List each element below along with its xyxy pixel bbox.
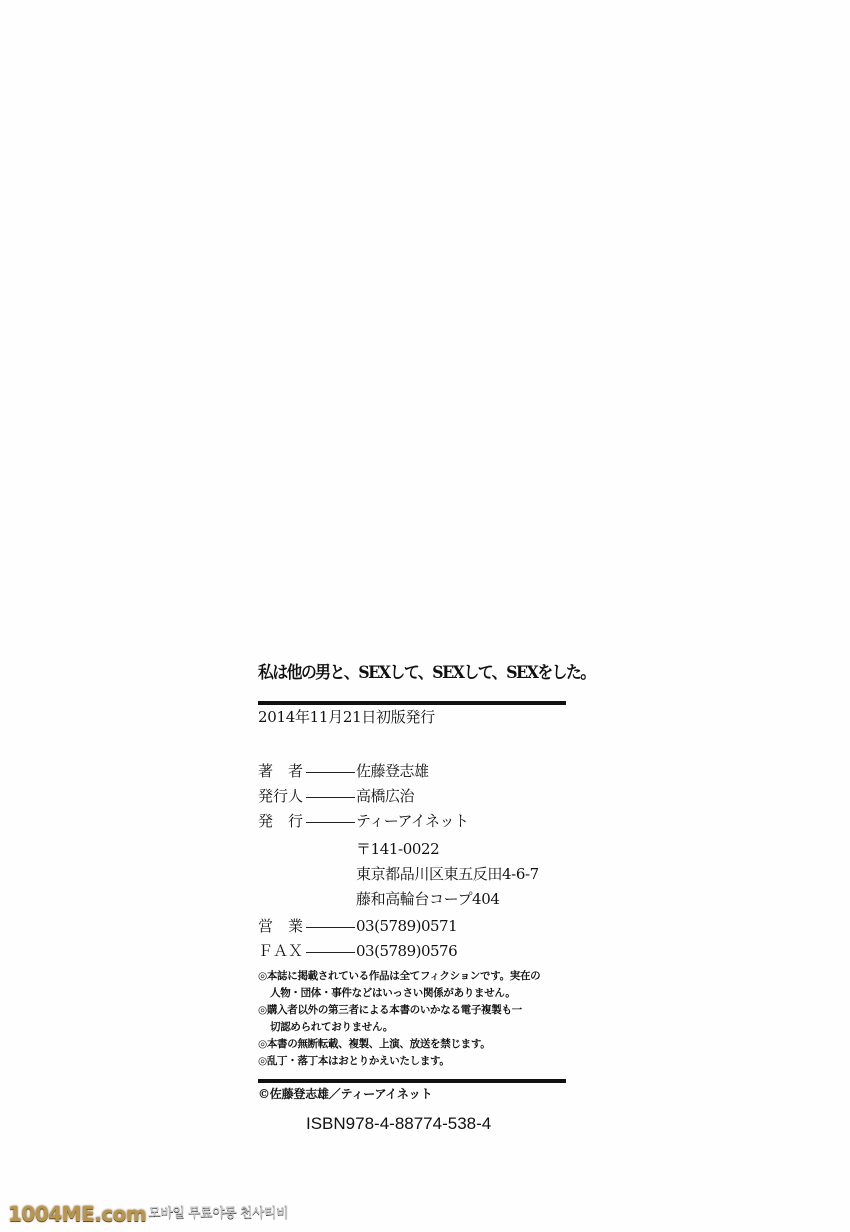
watermark-domain: 1004ME.com (8, 1200, 146, 1228)
dash-leader (306, 952, 355, 953)
site-watermark: 1004ME.com 모바일 무료야동 천사티비 (8, 1200, 288, 1228)
watermark-tagline: 모바일 무료야동 천사티비 (148, 1200, 288, 1228)
address-line-1: 東京都品川区東五反田4-6-7 (356, 863, 539, 885)
credit-row-publisher-person: 発行人 高橋広治 (258, 785, 414, 807)
postal-code: 〒141-0022 (356, 838, 439, 860)
isbn-number: ISBN978-4-88774-538-4 (306, 1112, 491, 1136)
legal-notes: ◎本誌に掲載されている作品は全てフィクションです。実在の 人物・団体・事件などは… (258, 968, 578, 1070)
dash-leader (306, 797, 355, 798)
colophon-page: 私は他の男と、SEXして、SEXして、SEXをした。 2014年11月21日初版… (0, 0, 850, 1232)
contact-label: ＦＡＸ (258, 940, 306, 962)
credit-row-publisher: 発 行 ティーアイネット (258, 810, 469, 832)
note-line: 人物・団体・事件などはいっさい関係がありません。 (258, 985, 578, 1002)
contact-value: 03(5789)0571 (356, 915, 457, 937)
contact-value: 03(5789)0576 (356, 940, 457, 962)
book-title: 私は他の男と、SEXして、SEXして、SEXをした。 (258, 662, 556, 684)
contact-row-fax: ＦＡＸ 03(5789)0576 (258, 940, 457, 962)
note-line: ◎乱丁・落丁本はおとりかえいたします。 (258, 1053, 578, 1070)
dash-leader (306, 927, 355, 928)
dash-leader (306, 822, 355, 823)
contact-label: 営 業 (258, 915, 306, 937)
dash-leader (306, 772, 355, 773)
credit-label: 発 行 (258, 810, 306, 832)
credit-value: 佐藤登志雄 (356, 760, 429, 782)
note-line: ◎本誌に掲載されている作品は全てフィクションです。実在の (258, 968, 578, 985)
address-line-2: 藤和高輪台コープ404 (356, 888, 499, 910)
publication-date: 2014年11月21日初版発行 (258, 707, 435, 727)
credit-label: 著 者 (258, 760, 306, 782)
copyright-notice: ©佐藤登志雄／ティーアイネット (258, 1084, 432, 1104)
contact-row-sales: 営 業 03(5789)0571 (258, 915, 457, 937)
note-line: 切認められておりません。 (258, 1019, 578, 1036)
bottom-rule-divider (258, 1079, 566, 1083)
note-line: ◎購入者以外の第三者による本書のいかなる電子複製も一 (258, 1002, 578, 1019)
credit-label: 発行人 (258, 785, 306, 807)
credit-row-author: 著 者 佐藤登志雄 (258, 760, 429, 782)
top-rule-divider (258, 701, 566, 705)
credit-value: ティーアイネット (356, 810, 469, 832)
note-line: ◎本書の無断転載、複製、上演、放送を禁じます。 (258, 1036, 578, 1053)
credit-value: 高橋広治 (356, 785, 414, 807)
